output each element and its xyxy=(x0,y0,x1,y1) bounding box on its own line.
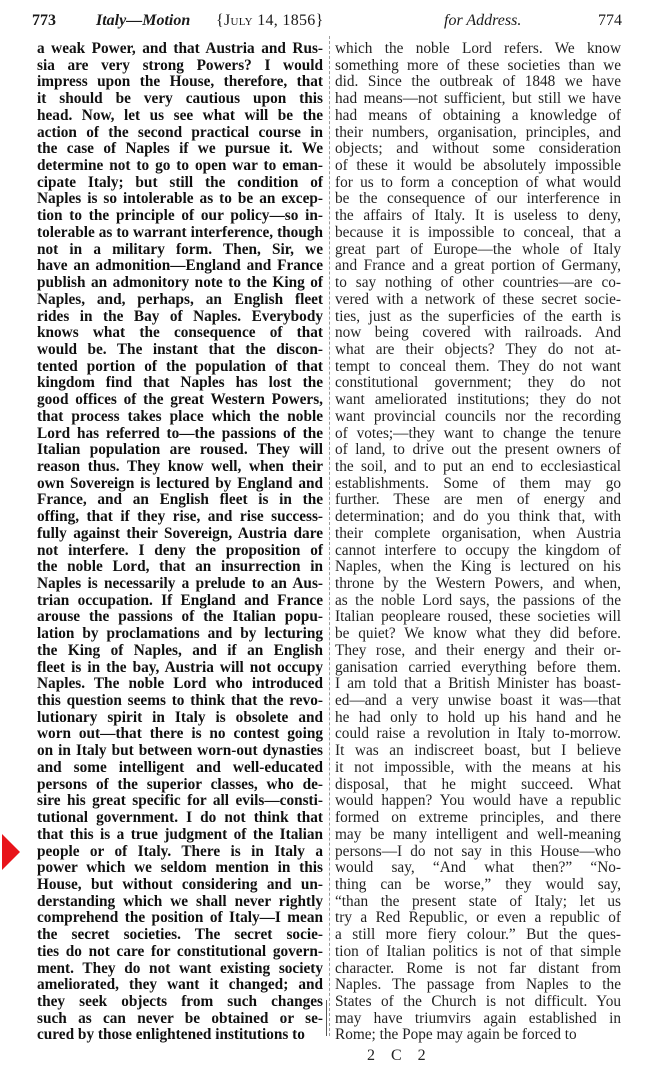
text-line: and some intelligent and well-educated xyxy=(37,760,323,777)
text-line: for us to form a conception of what woul… xyxy=(335,175,621,192)
text-line: ed—and a very unwise boast it was—that xyxy=(335,693,621,710)
text-line: impress upon the House, therefore, that xyxy=(37,74,323,91)
text-line: be quiet? We know what they did before. xyxy=(335,626,621,643)
text-line: tion to the principle of our policy—so i… xyxy=(37,208,323,225)
text-line: determine not to go to open war to eman- xyxy=(37,158,323,175)
text-line: would say, “And what then?” “No- xyxy=(335,860,621,877)
text-line: cannot interfere to occupy the kingdom o… xyxy=(335,543,621,560)
text-line: of votes;—they want to change the tenure xyxy=(335,426,621,443)
text-line: Naples is so intolerable as to be an exc… xyxy=(37,191,323,208)
text-line: great part of Europe—the whole of Italy xyxy=(335,242,621,259)
text-line: this question seems to think that the re… xyxy=(37,693,323,710)
text-line: comprehend the position of Italy—I mean xyxy=(37,910,323,927)
text-line: ties do not care for constitutional gove… xyxy=(37,944,323,961)
text-line: throne by the Western Powers, and when, xyxy=(335,576,621,593)
text-line: establishments. Some of them may go xyxy=(335,476,621,493)
text-line: tion of Italian politics is not of that … xyxy=(335,944,621,961)
text-line: States of the Church is not difficult. Y… xyxy=(335,994,621,1011)
text-line: tutional government. I do not think that xyxy=(37,810,323,827)
text-line: trian occupation. If England and France xyxy=(37,593,323,610)
debate-date: {July 14, 1856} xyxy=(216,12,324,30)
text-line: had means of obtaining a knowledge of xyxy=(335,108,621,125)
text-line: derstanding which we shall never rightly xyxy=(37,894,323,911)
text-line: Naples. The noble Lord who introduced xyxy=(37,676,323,693)
text-line: I am told that a British Minister has bo… xyxy=(335,676,621,693)
text-line: the secret societies. The secret socie- xyxy=(37,927,323,944)
text-line: because it is impossible to conceal, tha… xyxy=(335,225,621,242)
text-line: tempt to conceal them. They do not want xyxy=(335,359,621,376)
text-line: head. Now, let us see what will be the xyxy=(37,108,323,125)
text-line: cured by those enlightened institutions … xyxy=(37,1027,323,1044)
text-line: Italian peopleare roused, these societie… xyxy=(335,609,621,626)
text-line: France, and an English fleet is in the xyxy=(37,492,323,509)
text-line: formed on extreme principles, and there xyxy=(335,810,621,827)
text-line: House, but without considering and un- xyxy=(37,877,323,894)
red-pointer-arrow-icon xyxy=(2,834,20,870)
text-line: people or of Italy. There is in Italy a xyxy=(37,844,323,861)
text-line: arouse the passions of the Italian popu- xyxy=(37,609,323,626)
text-line: It was an indiscreet boast, but I believ… xyxy=(335,743,621,760)
text-line: a still more fiery colour.” But the ques… xyxy=(335,927,621,944)
text-line: something more of these societies than w… xyxy=(335,58,621,75)
text-line: would be. The instant that the discon- xyxy=(37,342,323,359)
text-line: of these it would be absolutely impossib… xyxy=(335,158,621,175)
text-line: further. These are men of energy and xyxy=(335,492,621,509)
right-running-title: for Address. xyxy=(444,12,521,30)
text-line: want ameliorated institutions; they do n… xyxy=(335,392,621,409)
text-line: the soil, and to put an end to ecclesias… xyxy=(335,459,621,476)
text-line: their numbers, organisation, principles,… xyxy=(335,125,621,142)
text-line: reason thus. They know well, when their xyxy=(37,459,323,476)
text-line: rides in the Bay of Naples. Everybody xyxy=(37,309,323,326)
text-line: lation by proclamations and by lecturing xyxy=(37,626,323,643)
text-line: constitutional government; they do not xyxy=(335,375,621,392)
text-line: what are their objects? They do not at- xyxy=(335,342,621,359)
text-line: kingdom find that Naples has lost the xyxy=(37,375,323,392)
text-line: persons of the superior classes, who de- xyxy=(37,777,323,794)
text-line: to say nothing of other countries—are co… xyxy=(335,275,621,292)
text-line: he had only to hold up his hand and he xyxy=(335,710,621,727)
text-line: the case of Naples if we pursue it. We xyxy=(37,141,323,158)
text-line: ment. They do not want existing society xyxy=(37,961,323,978)
right-page-number: 774 xyxy=(598,12,622,30)
text-line: their complete organisation, when Austri… xyxy=(335,526,621,543)
text-line: had means—not sufficient, but still we h… xyxy=(335,91,621,108)
text-line: they seek objects from such changes xyxy=(37,994,323,1011)
text-line: Naples, when the King is lectured on his xyxy=(335,559,621,576)
text-line: now being covered with railroads. And xyxy=(335,325,621,342)
text-line: Rome; the Pope may again be forced to xyxy=(335,1027,621,1044)
text-line: the noble Lord, that an insurrection in xyxy=(37,559,323,576)
signature-mark: 2 C 2 xyxy=(367,1047,432,1065)
text-line: may be many intelligent and well-meaning xyxy=(335,827,621,844)
column-divider-rule xyxy=(326,1000,327,1036)
text-line: Naples is necessarily a prelude to an Au… xyxy=(37,576,323,593)
text-line: determination; and do you think that, wi… xyxy=(335,509,621,526)
text-line: objects; and without some consideration xyxy=(335,141,621,158)
left-column: a weak Power, and that Austria and Rus-s… xyxy=(37,41,323,1044)
text-line: that this is a true judgment of the Ital… xyxy=(37,827,323,844)
text-line: Naples, and, perhaps, an English fleet xyxy=(37,292,323,309)
text-line: that process takes place which the noble xyxy=(37,409,323,426)
text-line: on in Italy but between worn-out dynasti… xyxy=(37,743,323,760)
text-line: persons—I do not say in this House—who xyxy=(335,844,621,861)
text-line: a weak Power, and that Austria and Rus- xyxy=(37,41,323,58)
text-line: worn out—that there is no contest going xyxy=(37,726,323,743)
text-line: of land, to drive out the present owners… xyxy=(335,442,621,459)
text-line: Lord has referred to—the passions of the xyxy=(37,426,323,443)
left-page-number: 773 xyxy=(32,12,56,30)
text-line: “than the present state of Italy; let us xyxy=(335,894,621,911)
text-line: sire his great specific for all evils—co… xyxy=(37,793,323,810)
text-line: publish an admonitory note to the King o… xyxy=(37,275,323,292)
column-divider xyxy=(329,36,330,1036)
text-line: it should be very cautious upon this xyxy=(37,91,323,108)
text-line: own Sovereign is lectured by England and xyxy=(37,476,323,493)
text-line: did. Since the outbreak of 1848 we have xyxy=(335,74,621,91)
text-line: offing, that if they rise, and rise succ… xyxy=(37,509,323,526)
text-line: They rose, and their energy and their or… xyxy=(335,643,621,660)
text-line: try a Red Republic, or even a republic o… xyxy=(335,910,621,927)
text-line: knows what the consequence of that xyxy=(37,325,323,342)
text-line: may have triumvirs again established in xyxy=(335,1011,621,1028)
text-line: sia are very strong Powers? I would xyxy=(37,58,323,75)
text-line: power which we seldom mention in this xyxy=(37,860,323,877)
text-line: cipate Italy; but still the condition of xyxy=(37,175,323,192)
text-line: ganisation carried everything before the… xyxy=(335,660,621,677)
text-line: could raise a revolution in Italy to-mor… xyxy=(335,726,621,743)
text-line: Naples. The passage from Naples to the xyxy=(335,977,621,994)
text-line: as the noble Lord says, the passions of … xyxy=(335,593,621,610)
text-line: not interfere. I deny the proposition of xyxy=(37,543,323,560)
text-line: Italian population are roused. They will xyxy=(37,442,323,459)
text-line: the affairs of Italy. It is useless to d… xyxy=(335,208,621,225)
text-line: action of the second practical course in xyxy=(37,125,323,142)
text-line: lutionary spirit in Italy is obsolete an… xyxy=(37,710,323,727)
right-column: which the noble Lord refers. We knowsome… xyxy=(335,41,621,1044)
text-line: character. Rome is not far distant from xyxy=(335,961,621,978)
text-line: fully against their Sovereign, Austria d… xyxy=(37,526,323,543)
text-line: good offices of the great Western Powers… xyxy=(37,392,323,409)
text-line: tolerable as to warrant interference, th… xyxy=(37,225,323,242)
text-line: the King of Naples, and if an English xyxy=(37,643,323,660)
text-line: such as can never be obtained or se- xyxy=(37,1011,323,1028)
text-line: tented portion of the population of that xyxy=(37,359,323,376)
text-line: ameliorated, they want it changed; and xyxy=(37,977,323,994)
text-line: would happen? You would have a republic xyxy=(335,793,621,810)
text-line: thing can be worse,” they would say, xyxy=(335,877,621,894)
left-running-title: Italy—Motion xyxy=(96,12,190,30)
text-line: not in a military form. Then, Sir, we xyxy=(37,242,323,259)
text-line: it not impossible, with the means at his xyxy=(335,760,621,777)
text-line: ties, just as the superficies of the ear… xyxy=(335,309,621,326)
text-line: be the consequence of our interference i… xyxy=(335,191,621,208)
text-line: which the noble Lord refers. We know xyxy=(335,41,621,58)
text-line: have an admonition—England and France xyxy=(37,258,323,275)
text-line: and France and a great portion of German… xyxy=(335,258,621,275)
text-line: disposal, that he might succeed. What xyxy=(335,777,621,794)
text-line: vered with a network of these secret soc… xyxy=(335,292,621,309)
text-line: fleet is in the bay, Austria will not oc… xyxy=(37,660,323,677)
text-line: want provincial councils nor the recordi… xyxy=(335,409,621,426)
running-header: 773 Italy—Motion {July 14, 1856} for Add… xyxy=(32,12,622,34)
